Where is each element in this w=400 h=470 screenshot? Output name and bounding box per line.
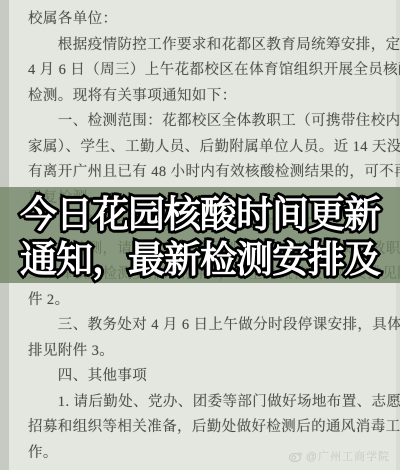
notice-photo: 校属各单位： 根据疫情防控工作要求和花都区教育局统筹安排，定于4 月 6 日（周…: [0, 0, 400, 470]
document-line: 检测。现将有关事项通知如下：: [28, 84, 386, 110]
document-line: 有离开广州且已有 48 小时内有效核酸检测结果的，可不再: [28, 160, 386, 186]
document-line: 家属）、学生、工勤人员、后勤附属单位人员。近 14 天没: [28, 135, 386, 161]
document-line: 招募和组织等相关准备，后勤处做好检测后的通风消毒工: [28, 415, 386, 441]
document-line: 校属各单位：: [28, 7, 386, 33]
document-line: 根据疫情防控工作要求和花都区教育局统筹安排，定于: [28, 33, 386, 59]
document-line: 排见附件 3。: [28, 339, 386, 365]
document-line: 三、教务处对 4 月 6 日上午做分时段停课安排，具体安: [28, 313, 386, 339]
watermark: @广州工商学院: [289, 448, 390, 464]
headline-overlay-band: 今日花园核酸时间更新 通知，最新检测安排及: [0, 187, 400, 283]
document-line: 件 2。: [28, 288, 386, 314]
document-line: 4 月 6 日（周三）上午花都校区在体育馆组织开展全员核酸: [28, 58, 386, 84]
document-line: 一、检测范围：花都校区全体教职工（可携带住校内的: [28, 109, 386, 135]
weibo-icon: [289, 450, 303, 462]
headline-line-1: 今日花园核酸时间更新: [20, 192, 380, 237]
watermark-handle: @广州工商学院: [306, 448, 390, 464]
document-line: 1. 请后勤处、党办、团委等部门做好场地布置、志愿者: [28, 390, 386, 416]
headline-line-2: 通知，最新检测安排及: [20, 237, 380, 282]
document-line: 四、其他事项: [28, 364, 386, 390]
